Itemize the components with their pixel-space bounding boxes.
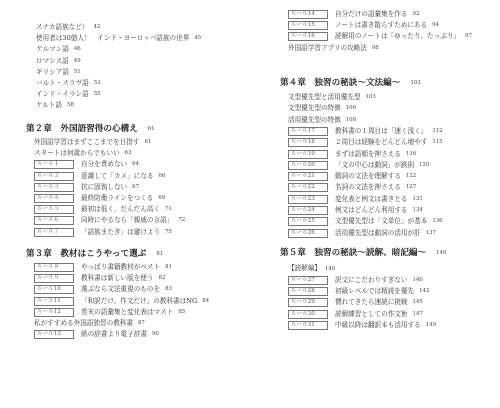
chapter-5-heading[interactable]: 第５章 独習の秘訣〜読解、暗記編〜 140 [280, 246, 446, 260]
entry-title: 私がすすめる外国語独習の教科書 [34, 318, 133, 329]
section-tag-reading[interactable]: 【読解編】140 [288, 263, 335, 274]
entry-page: 83 [165, 284, 172, 295]
chapter-title: 第３章 教材はこうやって選ぶ [26, 247, 146, 261]
rule-badge: ルール16 [288, 32, 328, 41]
rule-badge: ルール６ [34, 216, 74, 225]
entry-title: 初級レベルでは精読を優先 [335, 286, 414, 297]
rule-badge: ルール23 [288, 195, 328, 204]
entry-title: ２周目は経験をどんどん増やす [335, 137, 427, 148]
toc-entry[interactable]: ルール13紙の辞書より電子辞書90 [34, 329, 159, 340]
entry-page: 63 [125, 148, 132, 159]
toc-entry[interactable]: ルール27訳文にこだわりすぎない140 [288, 275, 423, 286]
entry-title: 選ぶなら文法重視のものを [81, 284, 160, 295]
rule-badge: ルール20 [288, 161, 328, 170]
entry-title: ゲルマン語 [36, 44, 69, 55]
rule-badge: ルール19 [288, 150, 328, 159]
toc-entry[interactable]: ケルト語58 [36, 100, 74, 111]
toc-entry[interactable]: 使用者は30億人！ インド・ヨーロッパ語族の世界45 [36, 33, 201, 44]
section-tag-label: 【読解編】 [288, 264, 321, 272]
rule-badge: ルール８ [34, 263, 74, 272]
entry-title: 活用優先型は動詞の活用が肝 [335, 228, 421, 239]
entry-page: 97 [465, 31, 472, 42]
rule-badge: ルール30 [288, 310, 328, 319]
toc-entry[interactable]: 私がすすめる外国語独習の教科書87 [34, 318, 145, 329]
entry-page: 72 [178, 215, 185, 226]
entry-page: 149 [426, 320, 436, 331]
toc-entry[interactable]: ルール30読解練習としての作文術147 [288, 309, 423, 320]
toc-entry[interactable]: スタートは何歳からでもいい63 [34, 148, 132, 159]
entry-page: 127 [406, 182, 416, 193]
entry-page: 140 [413, 275, 423, 286]
chapter-2-heading[interactable]: 第２章 外国語習得の心構え 61 [26, 122, 155, 136]
toc-entry[interactable]: ルール14自分だけの語彙集を作る92 [288, 9, 419, 20]
toc-entry[interactable]: ルール２意識して「カメ」になる66 [34, 171, 165, 182]
chapter-page: 140 [436, 246, 446, 260]
entry-page: 87 [138, 318, 145, 329]
chapter-page: 81 [156, 247, 163, 261]
entry-page: 134 [413, 205, 423, 216]
rule-badge: ルール28 [288, 287, 328, 296]
toc-entry[interactable]: バルト・スラヴ語53 [36, 78, 101, 89]
entry-page: 90 [152, 329, 159, 340]
toc-entry[interactable]: ルール８やっぱり書籍教材がベスト81 [34, 262, 172, 273]
toc-entry[interactable]: ルール28初級レベルでは精読を優先142 [288, 286, 429, 297]
rule-badge: ルール12 [34, 308, 74, 317]
toc-entry[interactable]: ギリシア語51 [36, 67, 81, 78]
section-tag-page: 140 [325, 266, 335, 272]
toc-entry[interactable]: ルール４最終防衛ラインをつくる69 [34, 193, 165, 204]
rule-badge: ルール27 [288, 276, 328, 285]
entry-page: 92 [413, 9, 420, 20]
rule-badge: ルール24 [288, 206, 328, 215]
entry-title: 自分だけの語彙集を作る [335, 9, 408, 20]
entry-title: 外国語学習はまずここまでを目指す [34, 137, 140, 148]
chapter-4-heading[interactable]: 第４章 独習の秘訣〜文法編〜 103 [280, 76, 421, 90]
toc-entry[interactable]: ルール５最初は低く、だんだん高く71 [34, 204, 172, 215]
entry-title: 教科書の１周目は「速く浅く」 [335, 126, 427, 137]
entry-title: 変化表と例文は書きとる [335, 194, 408, 205]
entry-title: スナカ語族など） [36, 22, 89, 33]
entry-page: 136 [432, 216, 442, 227]
entry-page: 66 [159, 171, 166, 182]
chapter-page: 103 [410, 76, 420, 90]
entry-page: 69 [158, 193, 165, 204]
entry-title: 読解練習としての作文術 [335, 309, 408, 320]
toc-entry[interactable]: 文型優先型の特徴106 [288, 103, 356, 114]
entry-page: 142 [419, 286, 429, 297]
rule-badge: ルール９ [34, 274, 74, 283]
rule-badge: ルール１ [34, 160, 74, 169]
entry-title: 最終防衛ラインをつくる [81, 193, 153, 204]
entry-title: 文型優先型は「文単位」が基本 [335, 216, 427, 227]
toc-entry[interactable]: ルール７「語族またぎ」は避けよう75 [34, 227, 172, 238]
toc-entry[interactable]: ルール17教科書の１周目は「速く浅く」112 [288, 126, 443, 137]
entry-title: ケルト語 [36, 100, 62, 111]
entry-page: 120 [419, 160, 429, 171]
entry-page: 53 [94, 78, 101, 89]
rule-badge: ルール22 [288, 183, 328, 192]
rule-badge: ルール14 [288, 10, 328, 19]
toc-entry[interactable]: ルール22名詞の文法を押さえる127 [288, 182, 416, 193]
toc-entry[interactable]: ルール３抗に固執しない67 [34, 182, 139, 193]
entry-page: 46 [74, 44, 81, 55]
entry-title: 慣れてきたら速読に挑戦 [335, 297, 408, 308]
entry-title: 紙の辞書より電子辞書 [81, 329, 147, 340]
entry-title: インド・イラン語 [36, 89, 89, 100]
entry-page: 71 [165, 204, 172, 215]
entry-title: 教科書は新しい版を使う [81, 273, 154, 284]
entry-title: 「語族またぎ」は避けよう [81, 227, 160, 238]
toc-entry[interactable]: ルール１自分を責めない64 [34, 159, 139, 170]
toc-entry[interactable]: ルール25文型優先型は「文単位」が基本136 [288, 216, 443, 227]
entry-page: 122 [406, 171, 416, 182]
toc-entry[interactable]: ルール16読解用のノートは「ゆったり、たっぷり」97 [288, 31, 472, 42]
entry-page: 49 [74, 56, 81, 67]
entry-title: 例文はどんどん利用する [335, 205, 408, 216]
rule-badge: ルール18 [288, 138, 328, 147]
toc-entry[interactable]: ルール20「文の中心は動詞」が鉄則120 [288, 160, 429, 171]
entry-title: 読解用のノートは「ゆったり、たっぷり」 [335, 31, 460, 42]
entry-title: 名詞の文法を押さえる [335, 182, 401, 193]
entry-page: 145 [413, 297, 423, 308]
entry-page: 55 [94, 89, 101, 100]
toc-entry[interactable]: ルール24例文はどんどん利用する134 [288, 205, 423, 216]
toc-entry[interactable]: ロマンス語49 [36, 56, 81, 67]
entry-title: 「和訳だけ、作文だけ」の教科書はNG [81, 296, 197, 307]
entry-title: 意識して「カメ」になる [81, 171, 154, 182]
entry-page: 103 [366, 92, 376, 103]
rule-badge: ルール13 [34, 330, 74, 339]
entry-page: 147 [413, 309, 423, 320]
toc-entry[interactable]: 活用優先型の特徴108 [288, 115, 356, 126]
toc-entry[interactable]: 文型優先型と活用優先型103 [288, 92, 376, 103]
entry-title: 文型優先型の特徴 [288, 103, 341, 114]
rule-badge: ルール31 [288, 321, 328, 330]
chapter-3-heading[interactable]: 第３章 教材はこうやって選ぶ 81 [26, 247, 163, 261]
rule-badge: ルール５ [34, 205, 74, 214]
rule-badge: ルール26 [288, 229, 328, 238]
entry-title: 中級以降は翻訳本も活用する [335, 320, 421, 331]
toc-entry[interactable]: ルール11「和訳だけ、作文だけ」の教科書はNG84 [34, 296, 209, 307]
entry-title: 自分を責めない [81, 159, 127, 170]
entry-title: ノートは書き散らすためにある [335, 20, 427, 31]
entry-page: 108 [346, 115, 356, 126]
entry-page: 85 [178, 307, 185, 318]
entry-page: 84 [202, 296, 209, 307]
toc-entry[interactable]: ルール21動詞の文法を理解する122 [288, 171, 416, 182]
toc-entry[interactable]: ルール６同時にやるなら「親戚の言語」72 [34, 215, 185, 226]
rule-badge: ルール17 [288, 127, 328, 136]
entry-title: 巻末の語彙集と変化表はマスト [81, 307, 173, 318]
chapter-title: 第２章 外国語習得の心構え [26, 122, 138, 136]
toc-entry[interactable]: ルール26活用優先型は動詞の活用が肝137 [288, 228, 436, 239]
chapter-title: 第４章 独習の秘訣〜文法編〜 [280, 76, 400, 90]
entry-page: 94 [432, 20, 439, 31]
rule-badge: ルール４ [34, 194, 74, 203]
rule-badge: ルール21 [288, 172, 328, 181]
entry-page: 45 [194, 33, 201, 44]
entry-title: まずは語順を押さえる [335, 149, 401, 160]
rule-badge: ルール７ [34, 228, 74, 237]
entry-page: 64 [132, 159, 139, 170]
entry-page: 131 [413, 194, 423, 205]
entry-title: ギリシア語 [36, 67, 69, 78]
entry-title: 抗に固執しない [81, 182, 127, 193]
rule-badge: ルール３ [34, 183, 74, 192]
entry-title: 最初は低く、だんだん高く [81, 204, 160, 215]
toc-entry[interactable]: ルール29慣れてきたら速読に挑戦145 [288, 297, 423, 308]
entry-page: 137 [426, 228, 436, 239]
entry-page: 61 [145, 137, 152, 148]
toc-entry[interactable]: ルール12巻末の語彙集と変化表はマスト85 [34, 307, 185, 318]
entry-page: 42 [94, 22, 101, 33]
entry-page: 67 [132, 182, 139, 193]
entry-page: 58 [67, 100, 74, 111]
entry-title: 使用者は30億人！ インド・ヨーロッパ語族の世界 [36, 33, 189, 44]
toc-entry[interactable]: ゲルマン語46 [36, 44, 81, 55]
toc-entry[interactable]: ルール10選ぶなら文法重視のものを83 [34, 284, 172, 295]
toc-entry[interactable]: ルール23変化表と例文は書きとる131 [288, 194, 423, 205]
rule-badge: ルール25 [288, 217, 328, 226]
rule-badge: ルール11 [34, 297, 74, 306]
entry-title: 「文の中心は動詞」が鉄則 [335, 160, 414, 171]
entry-page: 106 [346, 103, 356, 114]
toc-entry[interactable]: 外国語学習はまずここまでを目指す61 [34, 137, 151, 148]
toc-entry[interactable]: ルール31中級以降は翻訳本も活用する149 [288, 320, 436, 331]
chapter-title: 第５章 独習の秘訣〜読解、暗記編〜 [280, 246, 426, 260]
entry-title: 文型優先型と活用優先型 [288, 92, 361, 103]
entry-title: スタートは何歳からでもいい [34, 148, 120, 159]
toc-entry[interactable]: インド・イラン語55 [36, 89, 101, 100]
entry-title: やっぱり書籍教材がベスト [81, 262, 160, 273]
entry-page: 75 [165, 227, 172, 238]
entry-title: 動詞の文法を理解する [335, 171, 401, 182]
entry-page: 115 [432, 137, 442, 148]
entry-title: バルト・スラヴ語 [36, 78, 89, 89]
entry-title: 活用優先型の特徴 [288, 115, 341, 126]
entry-page: 82 [159, 273, 166, 284]
entry-page: 51 [74, 67, 81, 78]
entry-page: 116 [406, 149, 416, 160]
entry-title: ロマンス語 [36, 56, 69, 67]
entry-page: 81 [165, 262, 172, 273]
rule-badge: ルール15 [288, 21, 328, 30]
toc-entry[interactable]: ルール19まずは語順を押さえる116 [288, 149, 416, 160]
entry-title: 訳文にこだわりすぎない [335, 275, 408, 286]
rule-badge: ルール10 [34, 285, 74, 294]
entry-page: 112 [432, 126, 442, 137]
entry-title: 同時にやるなら「親戚の言語」 [81, 215, 173, 226]
rule-badge: ルール２ [34, 172, 74, 181]
chapter-page: 61 [148, 122, 155, 136]
toc-entry[interactable]: ルール９教科書は新しい版を使う82 [34, 273, 165, 284]
toc-entry[interactable]: ルール18２周目は経験をどんどん増やす115 [288, 137, 443, 148]
rule-badge: ルール29 [288, 298, 328, 307]
entry-page: 98 [372, 43, 379, 54]
toc-entry[interactable]: ルール15ノートは書き散らすためにある94 [288, 20, 439, 31]
toc-entry[interactable]: 外国語学習アプリの攻略法98 [288, 43, 379, 54]
toc-entry[interactable]: スナカ語族など）42 [36, 22, 100, 33]
entry-title: 外国語学習アプリの攻略法 [288, 43, 367, 54]
